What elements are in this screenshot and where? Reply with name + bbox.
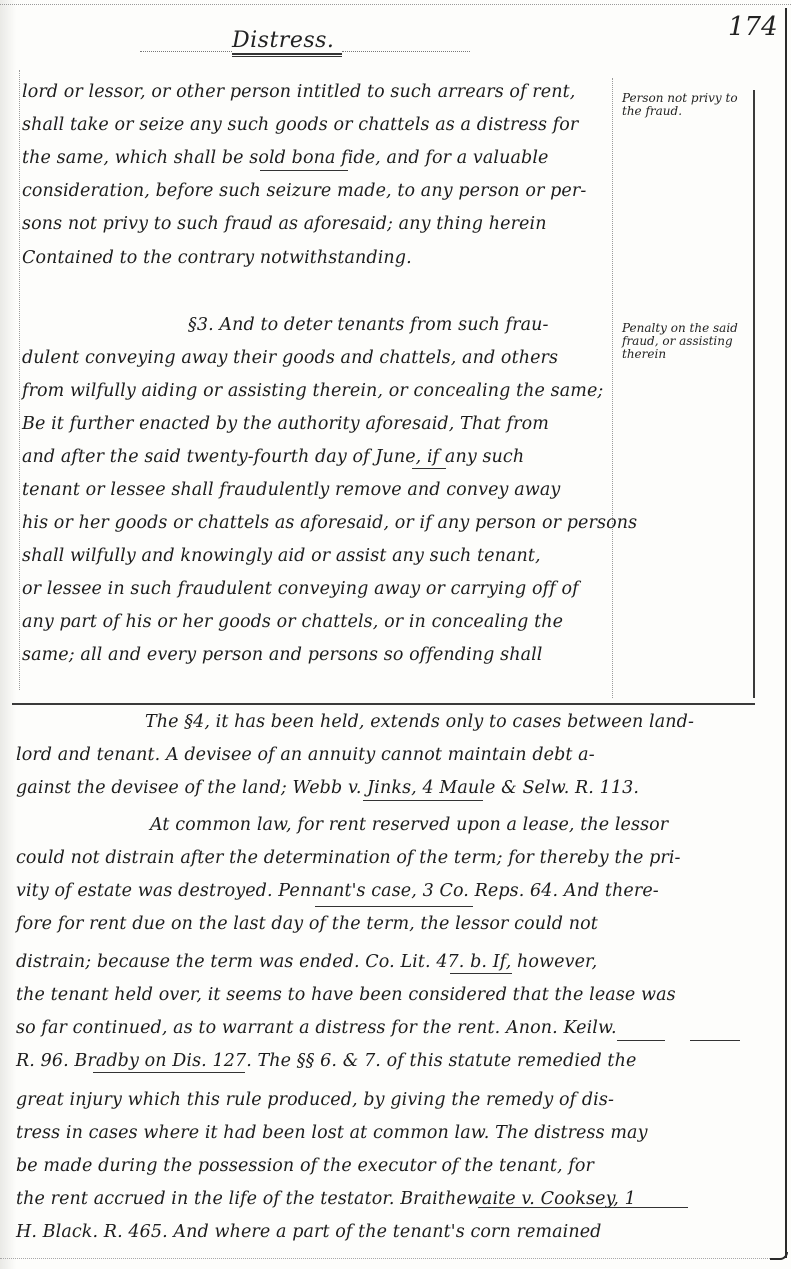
commentary-line-11: R. 96. Bradby on Dis. 127. The §§ 6. & 7…: [16, 1051, 636, 1071]
underline-keilw: [690, 1040, 740, 1041]
bottom-right-corner-flourish: [770, 1252, 788, 1260]
commentary-line-7: fore for rent due on the last day of the…: [16, 914, 598, 934]
section-divider: [12, 703, 755, 705]
statute-p2-line-1: §3. And to deter tenants from such frau-: [188, 315, 549, 335]
title-dotted-rule-left: [140, 51, 232, 52]
underline-anon: [617, 1040, 665, 1041]
statute-p1-line-3: the same, which shall be sold bona fide,…: [22, 148, 548, 168]
commentary-line-16: H. Black. R. 465. And where a part of th…: [16, 1222, 601, 1242]
statute-p2-line-11: same; all and every person and persons s…: [22, 645, 543, 665]
statute-p2-line-3: from wilfully aiding or assisting therei…: [22, 381, 603, 401]
commentary-line-13: tress in cases where it had been lost at…: [16, 1123, 648, 1143]
underline-webb-v-jinks: [363, 800, 483, 801]
commentary-line-12: great injury which this rule produced, b…: [16, 1090, 614, 1110]
commentary-line-14: be made during the possession of the exe…: [16, 1156, 594, 1176]
commentary-line-4: At common law, for rent reserved upon a …: [150, 815, 668, 835]
commentary-line-8: distrain; because the term was ended. Co…: [16, 952, 597, 972]
marginal-note-penalty: Penalty on the said fraud, or assisting …: [622, 322, 754, 361]
left-margin-rule: [19, 70, 20, 690]
title-dotted-rule-right: [342, 51, 470, 52]
top-page-edge: [0, 4, 791, 6]
commentary-line-6: vity of estate was destroyed. Pennant's …: [16, 881, 659, 901]
statute-p1-line-1: lord or lessor, or other person intitled…: [22, 82, 575, 102]
page-title: Distress.: [232, 28, 334, 53]
underline-co-lit: [450, 973, 512, 974]
scan-edge-shadow: [0, 0, 16, 1269]
marginal-column-right-rule: [753, 90, 755, 698]
statute-p1-line-3-text: the same, which shall be sold bona fide,…: [22, 148, 548, 168]
statute-p2-line-4: Be it further enacted by the authority a…: [22, 414, 549, 434]
commentary-line-15: the rent accrued in the life of the test…: [16, 1189, 636, 1209]
commentary-line-10: so far continued, as to warrant a distre…: [16, 1018, 617, 1038]
manuscript-page: Distress. 174 lord or lessor, or other p…: [0, 0, 791, 1269]
page-number: 174: [728, 12, 778, 42]
underline-bona-fide: [260, 170, 348, 171]
commentary-line-9: the tenant held over, it seems to have b…: [16, 985, 676, 1005]
right-page-border: [785, 8, 787, 1258]
statute-p2-line-5: and after the said twenty-fourth day of …: [22, 447, 524, 467]
statute-p1-line-6: Contained to the contrary notwithstandin…: [22, 248, 412, 268]
underline-bradby-on-dis: [93, 1072, 245, 1073]
commentary-line-2: lord and tenant. A devisee of an annuity…: [16, 745, 595, 765]
statute-p2-line-8: shall wilfully and knowingly aid or assi…: [22, 546, 541, 566]
title-double-underline: [232, 53, 342, 57]
statute-p2-line-9: or lessee in such fraudulent conveying a…: [22, 579, 579, 599]
bottom-page-edge: [0, 1258, 780, 1260]
statute-p2-line-10: any part of his or her goods or chattels…: [22, 612, 563, 632]
statute-p1-line-5: sons not privy to such fraud as aforesai…: [22, 214, 547, 234]
statute-p1-line-4: consideration, before such seizure made,…: [22, 181, 586, 201]
commentary-line-5: could not distrain after the determinati…: [16, 848, 681, 868]
underline-braithewaite-v-cooksey: [478, 1207, 688, 1208]
commentary-line-1: The §4, it has been held, extends only t…: [145, 712, 694, 732]
marginal-note-person-not-privy: Person not privy to the fraud.: [622, 92, 754, 118]
underline-june: [412, 468, 446, 469]
marginal-column-left-rule: [612, 78, 613, 698]
statute-p1-line-2: shall take or seize any such goods or ch…: [22, 115, 578, 135]
underline-pennants-case: [315, 906, 473, 907]
statute-p2-line-6: tenant or lessee shall fraudulently remo…: [22, 480, 560, 500]
statute-p2-line-2: dulent conveying away their goods and ch…: [22, 348, 558, 368]
statute-p2-line-7: his or her goods or chattels as aforesai…: [22, 513, 637, 533]
commentary-line-3: gainst the devisee of the land; Webb v. …: [16, 778, 639, 798]
